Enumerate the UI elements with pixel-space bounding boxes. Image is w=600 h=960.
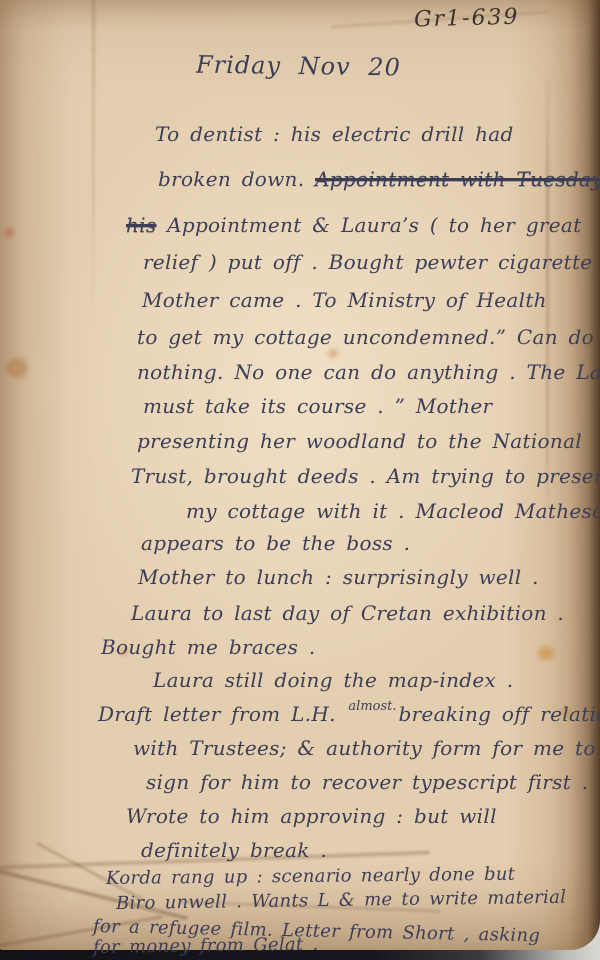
handwriting-text: breaking off relations xyxy=(399,702,600,726)
diary-line: appears to be the boss . xyxy=(141,531,410,555)
diary-line: Laura still doing the map-index . xyxy=(153,668,513,692)
handwriting-text: must take its course . ” Mother xyxy=(143,394,492,418)
catalog-mark: Gr1-639 xyxy=(414,5,520,33)
diary-line: relief ) put off . Bought pewter cigaret… xyxy=(143,250,600,274)
diary-line: Draft letter from L.H. almost.breaking o… xyxy=(98,702,600,726)
diary-line: for money from Gelat . xyxy=(93,934,319,958)
handwriting-text: Laura to last day of Cretan exhibition . xyxy=(131,601,564,625)
diary-line: Bought me braces . xyxy=(101,635,316,659)
handwriting-text: Wrote to him approving : but will xyxy=(126,804,497,828)
handwriting-text: Biro unwell . Wants L & me to write mate… xyxy=(116,887,567,914)
crease xyxy=(92,0,95,330)
handwriting-text: relief ) put off . Bought pewter cigaret… xyxy=(143,250,600,274)
diary-line: my cottage with it . Macleod Matheson xyxy=(186,499,600,523)
handwriting-text: Mother to lunch : surprisingly well . xyxy=(138,565,539,589)
diary-line: to get my cottage uncondemned.” Can do xyxy=(137,325,594,349)
diary-line: Korda rang up : scenario nearly done but xyxy=(106,864,515,889)
handwriting-text: To dentist : his electric drill had xyxy=(155,122,514,146)
paper-stain xyxy=(4,228,14,237)
handwriting-text: appears to be the boss . xyxy=(141,531,410,555)
diary-line: broken down. Appointment with Tuesday . xyxy=(158,167,600,191)
handwriting-text: sign for him to recover typescript first… xyxy=(146,770,588,794)
handwriting-text: definitely break . xyxy=(141,838,327,862)
diary-line: his Appointment & Laura’s ( to her great xyxy=(126,213,582,237)
diary-line: Mother came . To Ministry of Health xyxy=(142,288,547,312)
diary-line: presenting her woodland to the National xyxy=(137,429,582,453)
diary-page-scan: Gr1-639 Friday Nov 20 To dentist : his e… xyxy=(0,0,600,960)
handwriting-text: Trust, brought deeds . Am trying to pres… xyxy=(131,464,600,488)
handwriting-text: Laura still doing the map-index . xyxy=(153,668,513,692)
handwriting-text: Draft letter from L.H. xyxy=(98,702,346,726)
diary-line: Wrote to him approving : but will xyxy=(126,804,497,828)
diary-line: Trust, brought deeds . Am trying to pres… xyxy=(131,464,600,488)
handwriting-text: broken down. xyxy=(158,167,315,191)
date-heading: Friday Nov 20 xyxy=(196,51,401,82)
paper-stain xyxy=(538,646,554,660)
handwriting-text: Mother came . To Ministry of Health xyxy=(142,288,547,312)
handwriting-text: with Trustees; & authority form for me t… xyxy=(133,736,596,760)
diary-line: must take its course . ” Mother xyxy=(143,394,492,418)
diary-line: Laura to last day of Cretan exhibition . xyxy=(131,601,564,625)
diary-line: Mother to lunch : surprisingly well . xyxy=(138,565,539,589)
handwriting-text: presenting her woodland to the National xyxy=(137,429,582,453)
inserted-text: almost. xyxy=(348,699,396,714)
handwriting-text: to get my cottage uncondemned.” Can do xyxy=(137,325,594,349)
handwriting-text: Bought me braces . xyxy=(101,635,316,659)
handwriting-text: for money from Gelat . xyxy=(93,934,319,958)
diary-line: definitely break . xyxy=(141,838,327,862)
handwriting-text: Korda rang up : scenario nearly done but xyxy=(106,864,515,889)
paper-stain xyxy=(6,358,28,378)
diary-line: sign for him to recover typescript first… xyxy=(146,770,588,794)
paper-stain xyxy=(328,349,338,358)
struck-text: Appointment with Tuesday xyxy=(315,167,600,191)
diary-line: To dentist : his electric drill had xyxy=(155,122,514,146)
handwriting-text: nothing. No one can do anything . The La… xyxy=(137,360,600,384)
diary-line: nothing. No one can do anything . The La… xyxy=(137,360,600,384)
struck-text: his xyxy=(126,213,156,237)
handwriting-text: my cottage with it . Macleod Matheson xyxy=(186,499,600,523)
diary-line: with Trustees; & authority form for me t… xyxy=(133,736,596,760)
diary-line: Biro unwell . Wants L & me to write mate… xyxy=(116,887,567,914)
paper-sheet: Gr1-639 Friday Nov 20 To dentist : his e… xyxy=(0,0,600,950)
handwriting-text: Appointment & Laura’s ( to her great xyxy=(156,213,581,237)
